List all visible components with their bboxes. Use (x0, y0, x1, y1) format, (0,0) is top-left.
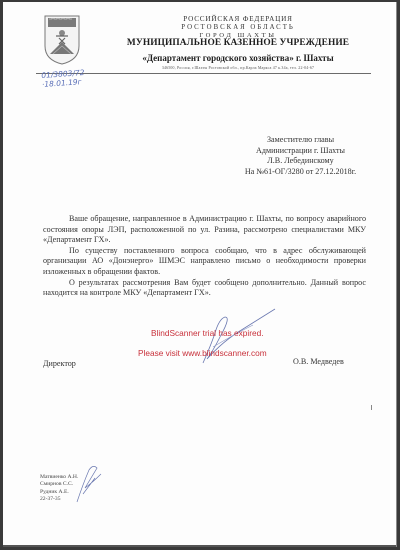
addressee-block: Заместителю главы Администрации г. Шахты… (208, 135, 393, 177)
handwritten-registration-note: 01/3803/72 ·18.01.19г (41, 68, 85, 89)
letterhead-contacts: 346500, Россия, г.Шахты Ростовской обл.,… (98, 66, 378, 70)
watermark-line-1: BlindScanner trial has expired. (151, 328, 264, 338)
executor-name: Матвиенко А.Н. (40, 474, 78, 481)
letterhead-institution: МУНИЦИПАЛЬНОЕ КАЗЕННОЕ УЧРЕЖДЕНИЕ (98, 38, 378, 48)
letter-body: Ваше обращение, направленное в Администр… (43, 214, 366, 299)
document-page: РОССИЙСКАЯ ФЕДЕРАЦИЯ РОСТОВСКАЯ ОБЛАСТЬ … (3, 2, 397, 547)
letterhead-region: РОСТОВСКАЯ ОБЛАСТЬ (98, 24, 378, 31)
executor-name: Рудник А.Е. (40, 489, 78, 496)
watermark-line-2: Please visit www.blindscanner.com (138, 348, 267, 358)
executor-name: Смирнов С.С. (40, 481, 78, 488)
handwritten-line-2: ·18.01.19г (42, 77, 86, 89)
coat-of-arms-icon (42, 14, 82, 66)
addressee-line: Заместителю главы (208, 135, 393, 146)
signatory-role: Директор (43, 359, 76, 368)
body-paragraph: О результатах рассмотрения Вам будет соо… (43, 278, 366, 299)
executors-block: Матвиенко А.Н. Смирнов С.С. Рудник А.Е. … (40, 474, 78, 503)
addressee-reference: На №61-ОГ/3280 от 27.12.2018г. (208, 167, 393, 178)
addressee-line: Л.В. Лебединскому (208, 156, 393, 167)
addressee-line: Администрации г. Шахты (208, 146, 393, 157)
letterhead-department: «Департамент городского хозяйства» г. Ша… (98, 53, 378, 63)
letterhead-divider (36, 73, 371, 74)
body-paragraph: Ваше обращение, направленное в Администр… (43, 214, 366, 246)
scan-artifact (371, 405, 372, 410)
executor-phone: 22-37-35 (40, 496, 78, 503)
letterhead-country: РОССИЙСКАЯ ФЕДЕРАЦИЯ (98, 15, 378, 23)
body-paragraph: По существу поставленного вопроса сообща… (43, 246, 366, 278)
scan-bottom-edge (3, 545, 396, 547)
signatory-name: О.В. Медведев (293, 357, 344, 366)
